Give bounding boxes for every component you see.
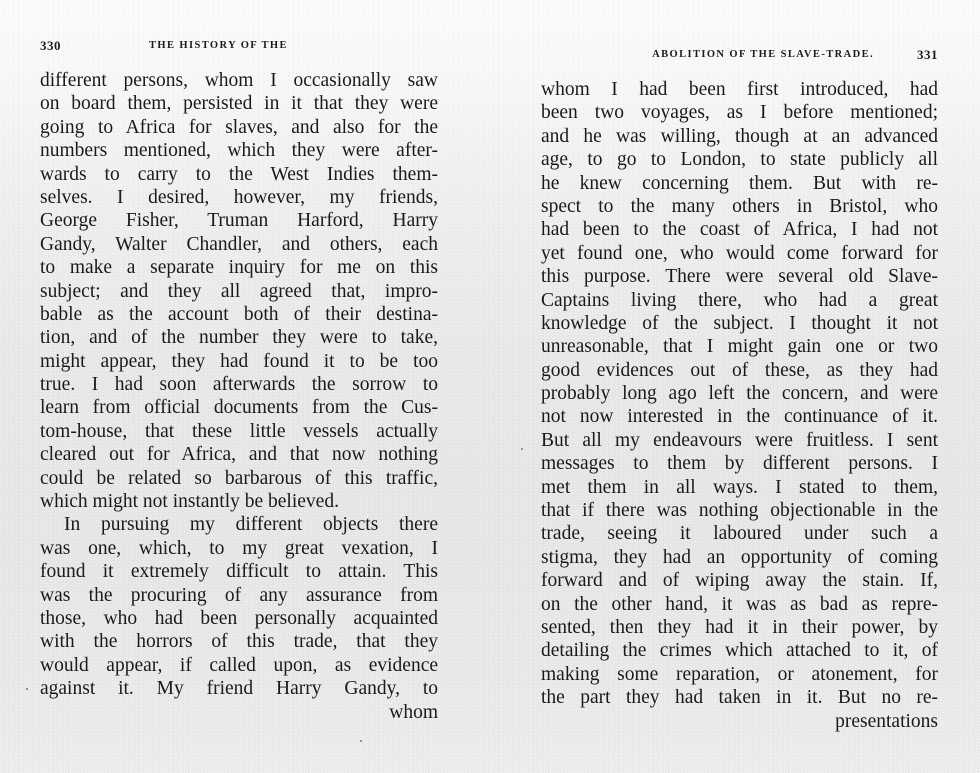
text-line: this purpose. There were several old Sla… (541, 265, 938, 288)
text-line: could be related so barbarous of this tr… (40, 467, 438, 490)
text-line: was one, which, to my great vexation, I (40, 537, 438, 560)
text-line: Gandy, Walter Chandler, and others, each (40, 233, 438, 256)
text-line: been two voyages, as I before mentioned; (541, 101, 938, 124)
left-running-head: 330 THE HISTORY OF THE (40, 38, 438, 58)
running-head-title-right: ABOLITION OF THE SLAVE-TRADE. (652, 49, 874, 60)
text-line: bable as the account both of their desti… (40, 303, 438, 326)
text-line: probably long ago left the concern, and … (541, 382, 938, 405)
text-line: learn from official documents from the C… (40, 396, 438, 419)
text-line: wards to carry to the West Indies them- (40, 163, 438, 186)
text-line: those, who had been personally acquainte… (40, 607, 438, 630)
text-line: But all my endeavours were fruitless. I … (541, 429, 938, 452)
text-line: trade, seeing it laboured under such a (541, 522, 938, 545)
text-line: detailing the crimes which attached to i… (541, 639, 938, 662)
text-line: subject; and they all agreed that, impro… (40, 280, 438, 303)
left-page-body: different persons, whom I occasionally s… (40, 69, 438, 724)
text-line: with the horrors of this trade, that the… (40, 630, 438, 653)
text-line: knowledge of the subject. I thought it n… (541, 312, 938, 335)
text-line: cleared out for Africa, and that now not… (40, 443, 438, 466)
text-line: numbers mentioned, which they were after… (40, 139, 438, 162)
paragraph-start-line: In pursuing my different objects there (40, 513, 438, 536)
text-line: on board them, persisted in it that they… (40, 92, 438, 115)
text-line: messages to them by different persons. I (541, 452, 938, 475)
right-running-head: ABOLITION OF THE SLAVE-TRADE. 331 (541, 47, 938, 67)
text-line: George Fisher, Truman Harford, Harry (40, 209, 438, 232)
text-line: would appear, if called upon, as evidenc… (40, 654, 438, 677)
text-line: spect to the many others in Bristol, who (541, 195, 938, 218)
page-number-left: 330 (40, 38, 61, 54)
text-line: and he was willing, though at an advance… (541, 125, 938, 148)
text-line: whom I had been first introduced, had (541, 78, 938, 101)
text-line: selves. I desired, however, my friends, (40, 186, 438, 209)
text-line: the part they had taken in it. But no re… (541, 686, 938, 709)
text-line: different persons, whom I occasionally s… (40, 69, 438, 92)
text-line: good evidences out of these, as they had (541, 359, 938, 382)
text-line: not now interested in the continuance of… (541, 405, 938, 428)
text-line: to make a separate inquiry for me on thi… (40, 256, 438, 279)
text-line: met them in all ways. I stated to them, (541, 476, 938, 499)
scan-speck (521, 448, 523, 450)
text-line: had been to the coast of Africa, I had n… (541, 218, 938, 241)
text-line: age, to go to London, to state publicly … (541, 148, 938, 171)
scan-speck (360, 740, 362, 742)
text-line: Captains living there, who had a great (541, 289, 938, 312)
catchword-left: whom (40, 701, 438, 724)
text-line: tion, and of the number they were to tak… (40, 326, 438, 349)
text-line: was the procuring of any assurance from (40, 584, 438, 607)
text-line: might appear, they had found it to be to… (40, 350, 438, 373)
scan-speck (26, 688, 28, 690)
text-line: going to Africa for slaves, and also for… (40, 116, 438, 139)
text-line: sented, then they had it in their power,… (541, 616, 938, 639)
text-line: on the other hand, it was as bad as repr… (541, 593, 938, 616)
paragraph-end-line: which might not instantly be believed. (40, 490, 438, 513)
text-line: true. I had soon afterwards the sorrow t… (40, 373, 438, 396)
text-line: against it. My friend Harry Gandy, to (40, 677, 438, 700)
text-line: found it extremely difficult to attain. … (40, 560, 438, 583)
page-number-right: 331 (917, 47, 938, 63)
text-line: that if there was nothing objectionable … (541, 499, 938, 522)
text-line: he knew concerning them. But with re- (541, 172, 938, 195)
text-line: making some reparation, or atonement, fo… (541, 663, 938, 686)
text-line: yet found one, who would come forward fo… (541, 242, 938, 265)
right-page-body: whom I had been first introduced, had be… (541, 78, 938, 733)
text-line: forward and of wiping away the stain. If… (541, 569, 938, 592)
text-line: tom-house, that these little vessels act… (40, 420, 438, 443)
text-line: unreasonable, that I might gain one or t… (541, 335, 938, 358)
text-line: stigma, they had an opportunity of comin… (541, 546, 938, 569)
running-head-title-left: THE HISTORY OF THE (149, 40, 288, 51)
catchword-right: presentations (541, 710, 938, 733)
